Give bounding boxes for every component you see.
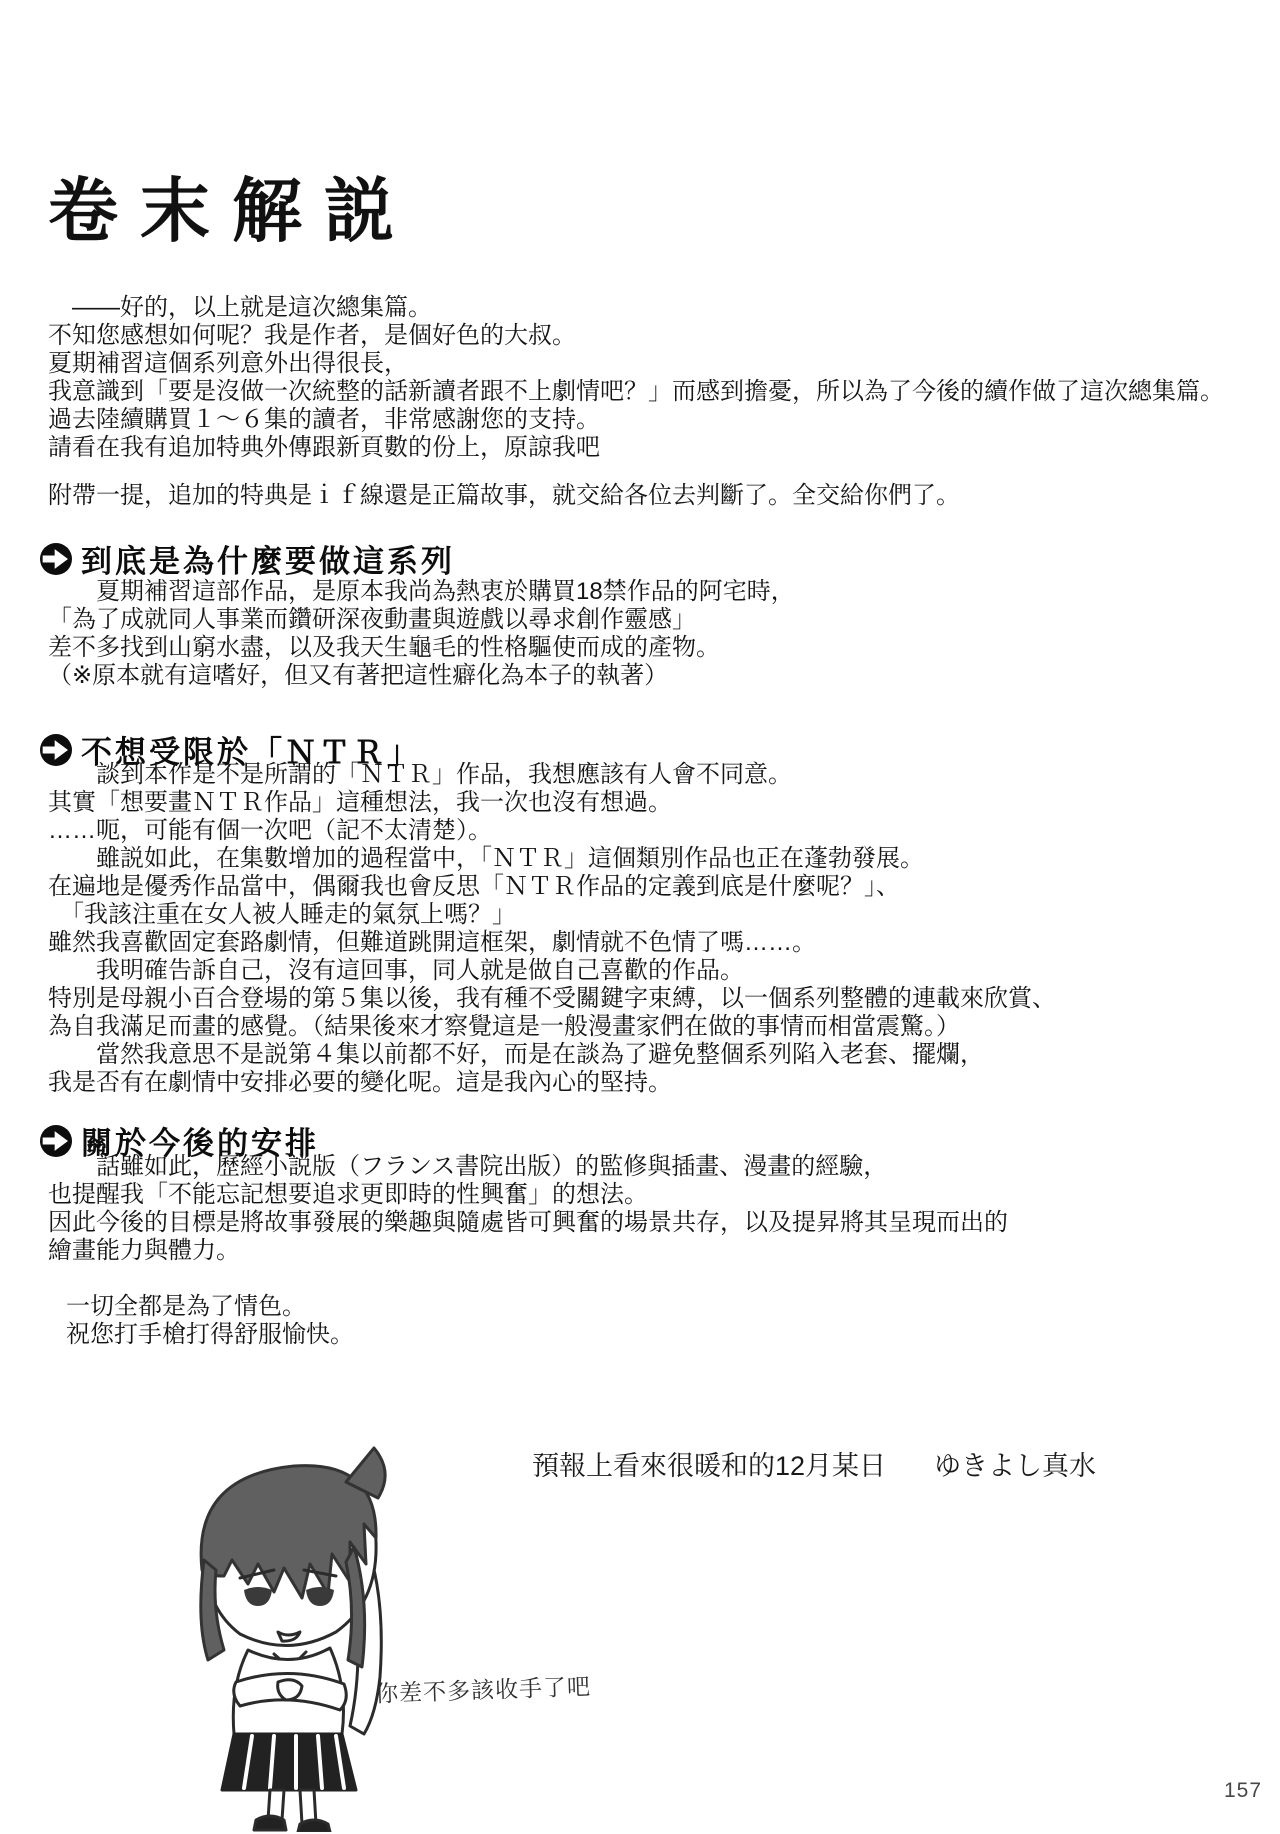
text-line: 話雖如此，歷經小説版（フランス書院出版）的監修與插畫、漫畫的經驗， [48,1153,1008,1181]
text-line: 夏期補習這個系列意外出得很長， [48,350,1224,378]
chibi-girl-illustration [178,1442,418,1832]
text-line: 一切全都是為了情色。 [66,1293,354,1321]
section-heading-why-series: 到底是為什麼要做這系列 [40,536,455,581]
intro-paragraph: ——好的，以上就是這次總集篇。 不知您感想如何呢？我是作者，是個好色的大叔。 夏… [48,294,1224,462]
page-number: 157 [1224,1779,1262,1803]
text-line: 為自我滿足而畫的感覺。（結果後來才察覺這是一般漫畫家們在做的事情而相當震驚。） [48,1013,1056,1041]
text-line: 不知您感想如何呢？我是作者，是個好色的大叔。 [48,322,1224,350]
signature-author: ゆきよし真水 [934,1444,1096,1483]
page-title: 卷末解説 [48,155,416,256]
text-line: 特別是母親小百合登場的第５集以後，我有種不受關鍵字束縛，以一個系列整體的連載來欣… [48,985,1056,1013]
text-line: 附帶一提，追加的特典是ｉｆ線還是正篇故事，就交給各位去判斷了。全交給你們了。 [48,482,960,510]
text-line: 我意識到「要是沒做一次統整的話新讀者跟不上劇情吧？」而感到擔憂，所以為了今後的續… [48,378,1224,406]
text-line: 「為了成就同人事業而鑽研深夜動畫與遊戲以尋求創作靈感」 [48,606,795,634]
text-line: 繪畫能力與體力。 [48,1237,1008,1265]
afterword-page: 卷末解説 ——好的，以上就是這次總集篇。 不知您感想如何呢？我是作者，是個好色的… [0,0,1280,1834]
handwritten-note: 你差不多該收手了吧 [374,1668,591,1709]
text-line: 在遍地是優秀作品當中，偶爾我也會反思「ＮＴＲ作品的定義到底是什麼呢？」、 [48,873,1056,901]
text-line: 祝您打手槍打得舒服愉快。 [66,1321,354,1349]
signature-line: 預報上看來很暖和的12月某日 ゆきよし真水 [532,1444,1096,1483]
text-line: 因此今後的目標是將故事發展的樂趣與隨處皆可興奮的場景共存，以及提昇將其呈現而出的 [48,1209,1008,1237]
section-body-future-plans: 話雖如此，歷經小説版（フランス書院出版）的監修與插畫、漫畫的經驗， 也提醒我「不… [48,1153,1008,1265]
text-line: 雖説如此，在集數增加的過程當中，「ＮＴＲ」這個類別作品也正在蓬勃發展。 [48,845,1056,873]
signature-date: 預報上看來很暖和的12月某日 [532,1444,886,1483]
closing-paragraph: 一切全都是為了情色。 祝您打手槍打得舒服愉快。 [66,1293,354,1349]
text-line: 差不多找到山窮水盡，以及我天生龜毛的性格驅使而成的產物。 [48,634,795,662]
arrow-bullet-icon [40,543,72,575]
section-body-why-series: 夏期補習這部作品，是原本我尚為熱衷於購買18禁作品的阿宅時， 「為了成就同人事業… [48,578,795,690]
text-line: 請看在我有追加特典外傳跟新頁數的份上，原諒我吧 [48,434,1224,462]
text-line: 談到本作是不是所謂的「ＮＴＲ」作品，我想應該有人會不同意。 [48,761,1056,789]
text-line: 我是否有在劇情中安排必要的變化呢。這是我內心的堅持。 [48,1069,1056,1097]
section-body-ntr: 談到本作是不是所謂的「ＮＴＲ」作品，我想應該有人會不同意。 其實「想要畫ＮＴＲ作… [48,761,1056,1097]
text-line: ——好的，以上就是這次總集篇。 [48,294,1224,322]
text-line: 當然我意思不是説第４集以前都不好，而是在談為了避免整個系列陷入老套、擺爛， [48,1041,1056,1069]
arrow-bullet-icon [40,1125,72,1157]
text-line: 也提醒我「不能忘記想要追求更即時的性興奮」的想法。 [48,1181,1008,1209]
text-line: （※原本就有這嗜好，但又有著把這性癖化為本子的執著） [48,662,795,690]
text-line: 雖然我喜歡固定套路劇情，但難道跳開這框架，劇情就不色情了嗎……。 [48,929,1056,957]
text-line: 「我該注重在女人被人睡走的氣氛上嗎？」 [48,901,1056,929]
text-line: ……呃，可能有個一次吧（記不太清楚）。 [48,817,1056,845]
intro-note: 附帶一提，追加的特典是ｉｆ線還是正篇故事，就交給各位去判斷了。全交給你們了。 [48,482,960,510]
text-line: 過去陸續購買１～６集的讀者，非常感謝您的支持。 [48,406,1224,434]
section-heading-text: 到底是為什麼要做這系列 [81,536,455,581]
text-line: 我明確告訴自己，沒有這回事，同人就是做自己喜歡的作品。 [48,957,1056,985]
text-line: 夏期補習這部作品，是原本我尚為熱衷於購買18禁作品的阿宅時， [48,578,795,606]
text-line: 其實「想要畫ＮＴＲ作品」這種想法，我一次也沒有想過。 [48,789,1056,817]
